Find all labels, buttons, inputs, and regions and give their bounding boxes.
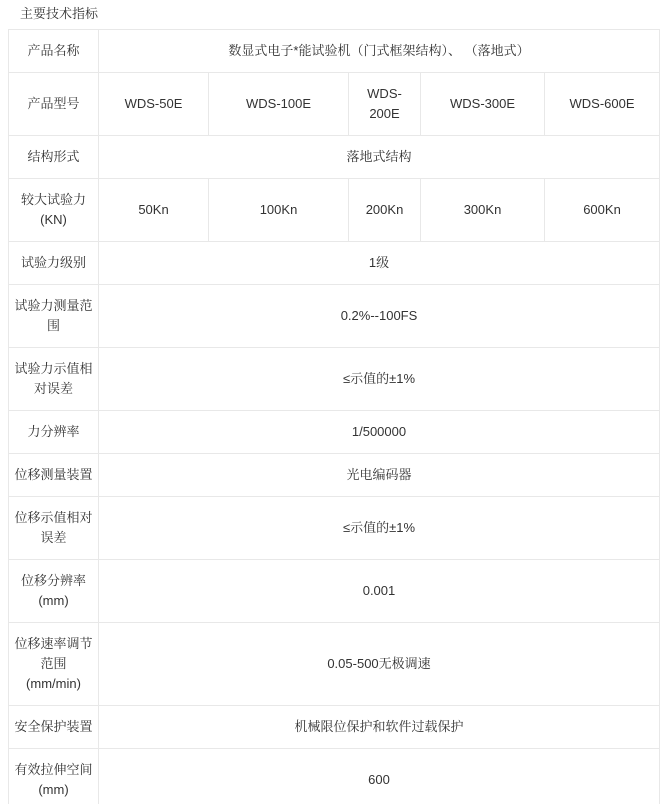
model-cell: WDS-200E (349, 73, 421, 136)
row-value: 0.001 (99, 560, 660, 623)
row-label-text: 位移速率调节范围 (13, 634, 94, 674)
row-label: 位移速率调节范围 (mm/min) (9, 623, 99, 706)
row-max-test-force: 较大试验力 (KN) 50Kn 100Kn 200Kn 300Kn 600Kn (9, 179, 660, 242)
row-displacement-resolution: 位移分辨率 (mm) 0.001 (9, 560, 660, 623)
row-value: 数显式电子*能试验机（门式框架结构）、 （落地式） (99, 30, 660, 73)
row-force-resolution: 力分辨率 1/500000 (9, 411, 660, 454)
row-label: 位移分辨率 (mm) (9, 560, 99, 623)
force-cell: 300Kn (421, 179, 545, 242)
row-value: 0.05-500无极调速 (99, 623, 660, 706)
row-label-text: 位移分辨率 (13, 571, 94, 591)
row-label: 试验力测量范围 (9, 285, 99, 348)
row-label-text: 结构形式 (13, 147, 94, 167)
row-displacement-device: 位移测量装置 光电编码器 (9, 454, 660, 497)
row-value: 1/500000 (99, 411, 660, 454)
row-value: ≤示值的±1% (99, 497, 660, 560)
row-value: ≤示值的±1% (99, 348, 660, 411)
force-cell: 200Kn (349, 179, 421, 242)
row-label-text: 位移示值相对误差 (13, 508, 94, 548)
row-label: 产品型号 (9, 73, 99, 136)
row-label-unit: (mm) (13, 780, 94, 800)
row-label-text: 力分辨率 (13, 422, 94, 442)
row-force-measure-range: 试验力测量范围 0.2%--100FS (9, 285, 660, 348)
row-speed-adjust-range: 位移速率调节范围 (mm/min) 0.05-500无极调速 (9, 623, 660, 706)
model-cell: WDS-100E (209, 73, 349, 136)
row-value: 600 (99, 749, 660, 804)
model-cell: WDS-50E (99, 73, 209, 136)
row-force-grade: 试验力级别 1级 (9, 242, 660, 285)
row-label-unit: (mm/min) (13, 674, 94, 694)
row-label: 试验力级别 (9, 242, 99, 285)
row-label-text: 试验力示值相对误差 (13, 359, 94, 399)
row-label-text: 有效拉伸空间 (13, 760, 94, 780)
row-label-text: 较大试验力 (13, 190, 94, 210)
model-cell: WDS-600E (545, 73, 660, 136)
page: 主要技术指标 产品名称 数显式电子*能试验机（门式框架结构）、 （落地式） 产品… (0, 0, 667, 804)
row-value: 机械限位保护和软件过载保护 (99, 706, 660, 749)
force-cell: 100Kn (209, 179, 349, 242)
row-label-text: 试验力级别 (13, 253, 94, 273)
row-label: 较大试验力 (KN) (9, 179, 99, 242)
row-value: 光电编码器 (99, 454, 660, 497)
row-label: 产品名称 (9, 30, 99, 73)
row-label: 位移测量装置 (9, 454, 99, 497)
row-label-text: 安全保护装置 (13, 717, 94, 737)
force-cell: 50Kn (99, 179, 209, 242)
row-label: 位移示值相对误差 (9, 497, 99, 560)
row-structure-type: 结构形式 落地式结构 (9, 136, 660, 179)
row-label: 有效拉伸空间 (mm) (9, 749, 99, 804)
spec-table: 产品名称 数显式电子*能试验机（门式框架结构）、 （落地式） 产品型号 WDS-… (8, 29, 660, 804)
row-force-indication-error: 试验力示值相对误差 ≤示值的±1% (9, 348, 660, 411)
force-cell: 600Kn (545, 179, 660, 242)
row-displacement-indication-error: 位移示值相对误差 ≤示值的±1% (9, 497, 660, 560)
row-value: 落地式结构 (99, 136, 660, 179)
row-product-name: 产品名称 数显式电子*能试验机（门式框架结构）、 （落地式） (9, 30, 660, 73)
row-effective-tension-space: 有效拉伸空间 (mm) 600 (9, 749, 660, 804)
page-title: 主要技术指标 (20, 6, 667, 22)
model-cell: WDS-300E (421, 73, 545, 136)
row-label: 安全保护装置 (9, 706, 99, 749)
row-safety-protection: 安全保护装置 机械限位保护和软件过载保护 (9, 706, 660, 749)
row-label-text: 试验力测量范围 (13, 296, 94, 336)
row-value: 0.2%--100FS (99, 285, 660, 348)
row-value: 1级 (99, 242, 660, 285)
row-label-text: 位移测量装置 (13, 465, 94, 485)
row-label-unit: (mm) (13, 591, 94, 611)
row-label: 结构形式 (9, 136, 99, 179)
row-label-text: 产品名称 (13, 41, 94, 61)
row-product-model: 产品型号 WDS-50E WDS-100E WDS-200E WDS-300E … (9, 73, 660, 136)
row-label: 力分辨率 (9, 411, 99, 454)
row-label: 试验力示值相对误差 (9, 348, 99, 411)
row-label-unit: (KN) (13, 210, 94, 230)
row-label-text: 产品型号 (13, 94, 94, 114)
